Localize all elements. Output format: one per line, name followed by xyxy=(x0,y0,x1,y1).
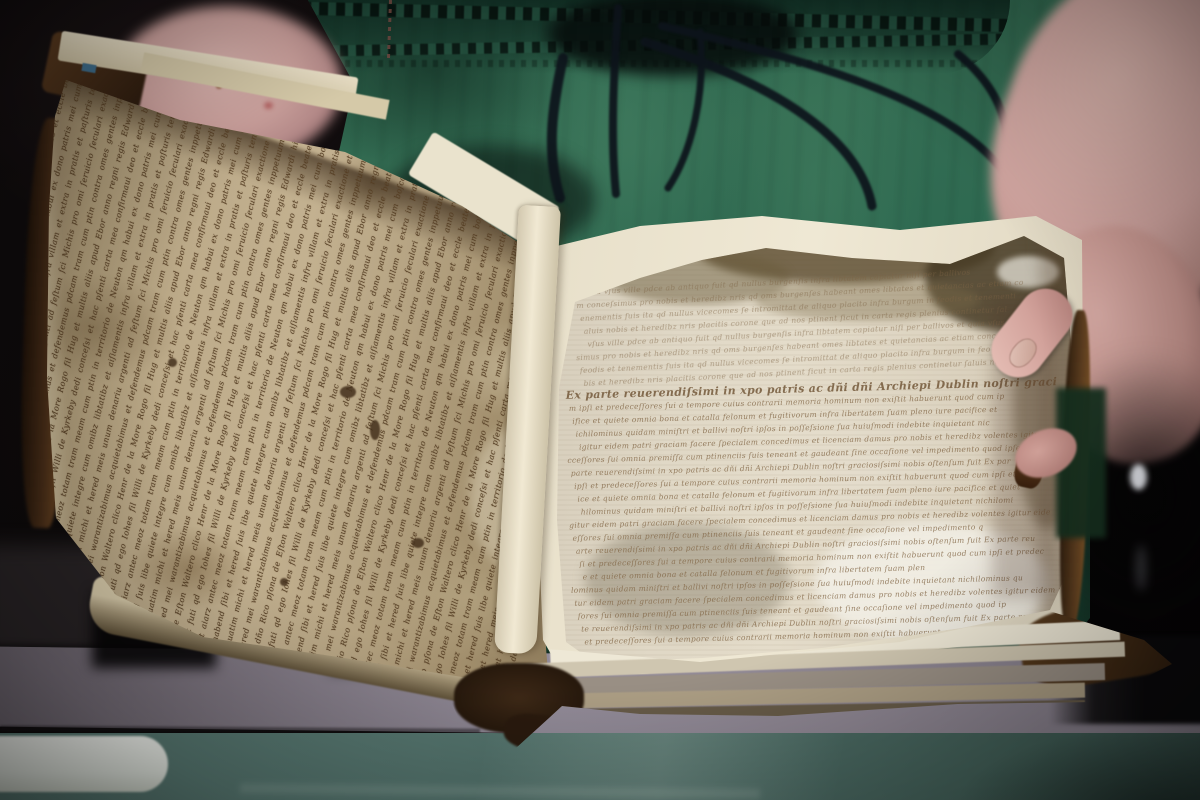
light-reflection-strip xyxy=(0,736,168,792)
right-page-main-text-block: Ex parte reuerendiſsimi in xpo patris ac… xyxy=(565,375,1064,653)
ink-stain-spot xyxy=(280,578,288,586)
right-page-upper-text-block: et quia vſus ville pdce ab antiquo fuit … xyxy=(572,262,1047,394)
ink-stain-spot xyxy=(412,538,424,548)
dress-seam-stitching xyxy=(387,0,392,58)
ink-stain-spot xyxy=(340,386,356,398)
lace-eyelet-row xyxy=(268,1,1010,32)
lace-eyelet-row xyxy=(268,34,1010,58)
bokeh-light-streak xyxy=(1136,545,1146,591)
ribbon-knot-shadow xyxy=(548,0,798,76)
arm-skin-mark xyxy=(264,102,273,109)
photo-scene: ſciant pſentes et futi qd ego Iohes fil … xyxy=(0,0,1200,800)
ink-stain-spot xyxy=(370,420,380,440)
bokeh-light-dot xyxy=(1130,464,1147,490)
dress-lace-trim xyxy=(268,0,1010,74)
lace-eyelet-row xyxy=(268,60,1010,67)
ink-stain-spot xyxy=(168,358,177,367)
